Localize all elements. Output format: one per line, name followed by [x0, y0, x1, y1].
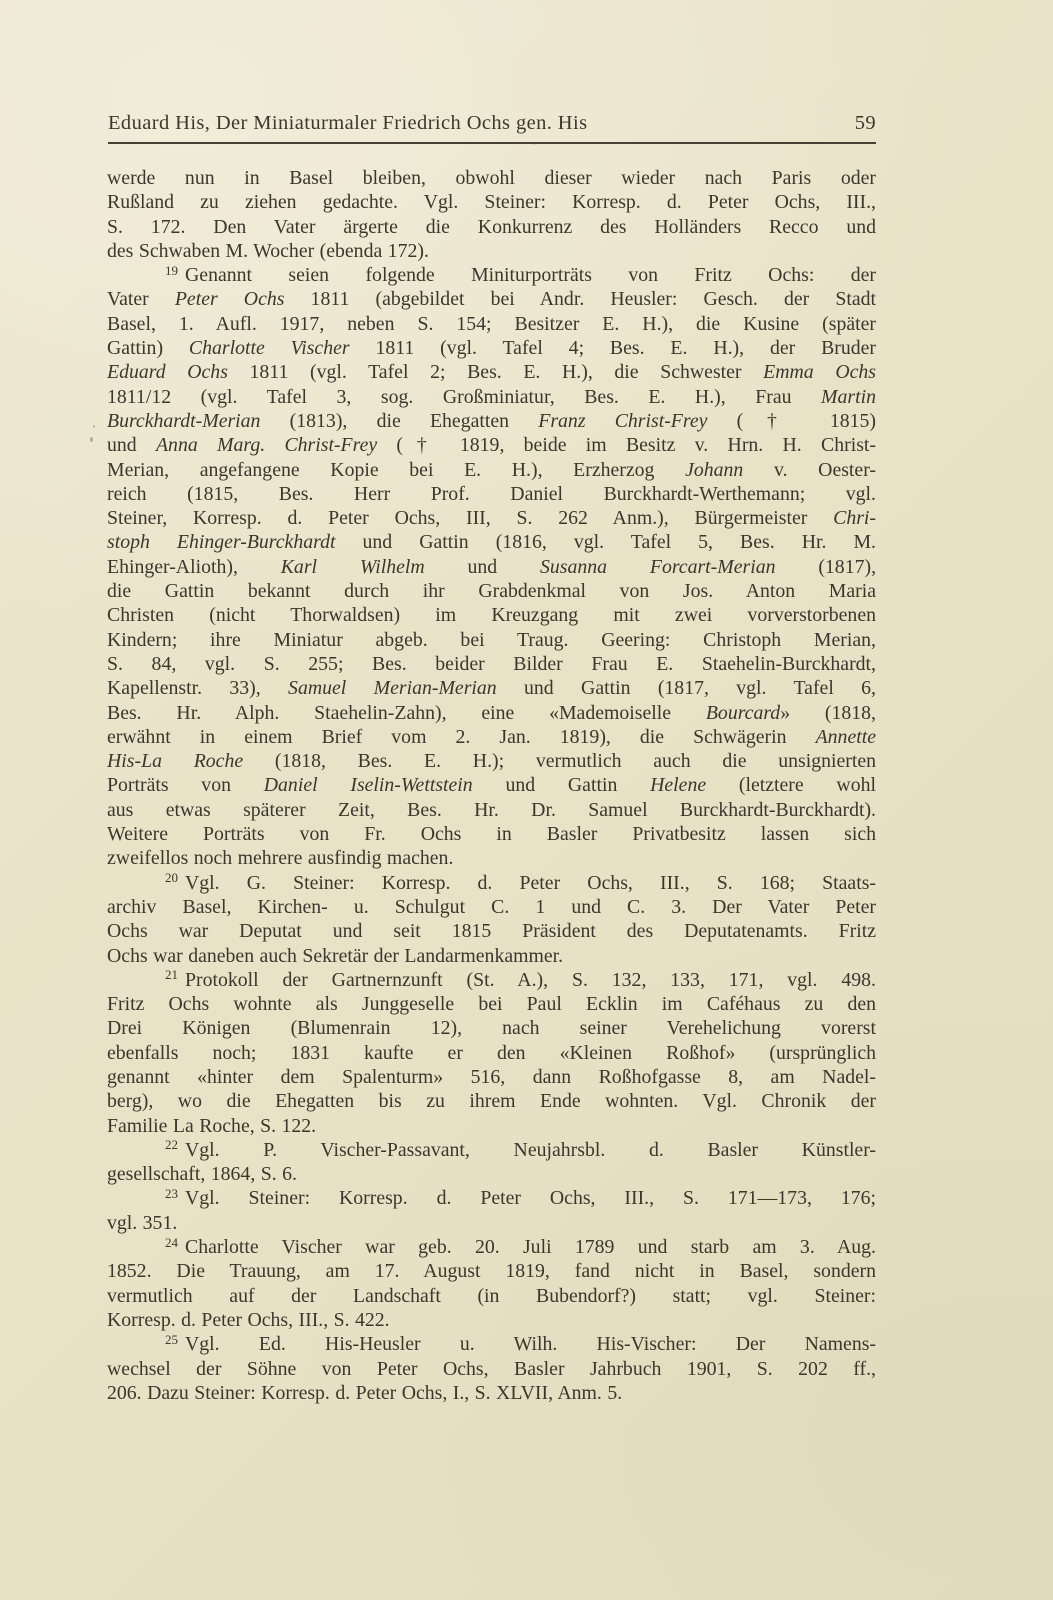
page-number: 59 — [855, 112, 876, 135]
text-line: Christen (nicht Thorwaldsen) im Kreuzgan… — [107, 603, 876, 627]
text-run: Chri- — [833, 507, 876, 529]
text-run: werde nun in Basel bleiben, obwohl diese… — [107, 167, 876, 189]
footnote-number: 23 — [165, 1186, 178, 1201]
text-line: erwähnt in einem Brief vom 2. Jan. 1819)… — [107, 725, 876, 749]
text-run: (1813), die Ehegatten — [260, 410, 538, 432]
text-run: und — [107, 434, 156, 456]
text-line: zweifellos noch mehrere ausfindig machen… — [107, 846, 876, 870]
footnote-number: 20 — [165, 871, 178, 886]
text-run: 1811/12 (vgl. Tafel 3, sog. Großminiatur… — [107, 386, 821, 408]
text-run: Johann — [685, 459, 743, 481]
text-line: 22Vgl. P. Vischer-Passavant, Neujahrsbl.… — [107, 1138, 876, 1162]
text-run: Genannt seien folgende Miniturporträts v… — [185, 264, 876, 286]
text-run: und — [425, 556, 540, 578]
text-run: vermutlich auf der Landschaft (in Bubend… — [107, 1285, 876, 1307]
text-run: Samuel Merian-Merian — [288, 677, 497, 699]
text-run: stoph Ehinger-Burckhardt — [107, 531, 335, 553]
text-run: Franz Christ-Frey — [538, 410, 707, 432]
scanned-book-page: { "header": { "title": "Eduard His, Der … — [0, 0, 1053, 1600]
text-line: ebenfalls noch; 1831 kaufte er den «Klei… — [107, 1041, 876, 1065]
text-run: Porträts von — [107, 774, 264, 796]
text-run: Burckhardt-Merian — [107, 410, 260, 432]
text-run: († 1819, beide im Besitz v. Hrn. H. Chri… — [377, 434, 876, 456]
text-run: Drei Königen (Blumenrain 12), nach seine… — [107, 1017, 876, 1039]
text-run: Helene — [650, 774, 706, 796]
text-line: Drei Königen (Blumenrain 12), nach seine… — [107, 1016, 876, 1040]
text-run: und Gattin (1817, vgl. Tafel 6, — [497, 677, 876, 699]
running-header: Eduard His, Der Miniaturmaler Friedrich … — [108, 112, 876, 135]
text-line: S. 84, vgl. S. 255; Bes. beider Bilder F… — [107, 652, 876, 676]
text-line: Korresp. d. Peter Ochs, III., S. 422. — [107, 1308, 876, 1332]
text-run: S. 84, vgl. S. 255; Bes. beider Bilder F… — [107, 653, 876, 675]
text-run: » (1818, — [780, 702, 876, 724]
text-run: Charlotte Vischer war geb. 20. Juli 1789… — [185, 1236, 876, 1258]
text-run: Susanna Forcart-Merian — [540, 556, 776, 578]
text-run: und Gattin (1816, vgl. Tafel 5, Bes. Hr.… — [335, 531, 876, 553]
text-run: His-La Roche — [107, 750, 243, 772]
text-line: des Schwaben M. Wocher (ebenda 172). — [107, 239, 876, 263]
footnote-number: 25 — [165, 1332, 178, 1347]
text-run: Ochs war daneben auch Sekretär der Landa… — [107, 945, 563, 967]
text-run: des Schwaben M. Wocher (ebenda 172). — [107, 240, 429, 262]
text-line: 25Vgl. Ed. His-Heusler u. Wilh. His-Visc… — [107, 1332, 876, 1356]
text-line: archiv Basel, Kirchen- u. Schulgut C. 1 … — [107, 895, 876, 919]
text-line: Ochs war daneben auch Sekretär der Landa… — [107, 944, 876, 968]
text-block: werde nun in Basel bleiben, obwohl diese… — [107, 166, 876, 1405]
footnote-number: 22 — [165, 1138, 178, 1153]
text-run: die Gattin bekannt durch ihr Grabdenkmal… — [107, 580, 876, 602]
text-run: S. 172. Den Vater ärgerte die Konkurrenz… — [107, 216, 876, 238]
text-line: 19Genannt seien folgende Miniturporträts… — [107, 263, 876, 287]
page-title: Eduard His, Der Miniaturmaler Friedrich … — [108, 112, 588, 135]
text-line: werde nun in Basel bleiben, obwohl diese… — [107, 166, 876, 190]
text-run: Charlotte Vischer — [189, 337, 350, 359]
text-run: Merian, angefangene Kopie bei E. H.), Er… — [107, 459, 685, 481]
text-run: Vater — [107, 288, 175, 310]
text-run: (1818, Bes. E. H.); vermutlich auch die … — [243, 750, 876, 772]
text-run: Kapellenstr. 33), — [107, 677, 288, 699]
text-run: Rußland zu ziehen gedachte. Vgl. Steiner… — [107, 191, 876, 213]
text-line: Ehinger-Alioth), Karl Wilhelm und Susann… — [107, 555, 876, 579]
text-line: Steiner, Korresp. d. Peter Ochs, III, S.… — [107, 506, 876, 530]
header-rule — [108, 142, 876, 144]
text-line: Burckhardt-Merian (1813), die Ehegatten … — [107, 409, 876, 433]
text-line: Vater Peter Ochs 1811 (abgebildet bei An… — [107, 287, 876, 311]
text-run: Emma Ochs — [763, 361, 876, 383]
footnote-number: 19 — [165, 263, 178, 278]
text-run: Korresp. d. Peter Ochs, III., S. 422. — [107, 1309, 390, 1331]
text-run: Karl Wilhelm — [281, 556, 425, 578]
text-line: Bes. Hr. Alph. Staehelin-Zahn), eine «Ma… — [107, 701, 876, 725]
text-line: Weitere Porträts von Fr. Ochs in Basler … — [107, 822, 876, 846]
footnote-number: 24 — [165, 1235, 178, 1250]
text-run: v. Oester- — [743, 459, 876, 481]
text-run: Ehinger-Alioth), — [107, 556, 281, 578]
text-line: S. 172. Den Vater ärgerte die Konkurrenz… — [107, 215, 876, 239]
text-line: vermutlich auf der Landschaft (in Bubend… — [107, 1284, 876, 1308]
footnote-number: 21 — [165, 968, 178, 983]
text-run: Kindern; ihre Miniatur abgeb. bei Traug.… — [107, 629, 876, 651]
text-run: Bes. Hr. Alph. Staehelin-Zahn), eine «Ma… — [107, 702, 706, 724]
text-line: 23Vgl. Steiner: Korresp. d. Peter Ochs, … — [107, 1186, 876, 1210]
text-run: zweifellos noch mehrere ausfindig machen… — [107, 847, 453, 869]
text-run: Peter Ochs — [175, 288, 285, 310]
text-line: Kindern; ihre Miniatur abgeb. bei Traug.… — [107, 628, 876, 652]
text-run: gesellschaft, 1864, S. 6. — [107, 1163, 297, 1185]
text-run: (1817), — [776, 556, 877, 578]
text-run: (letztere wohl — [706, 774, 876, 796]
text-run: Familie La Roche, S. 122. — [107, 1115, 316, 1137]
text-run: archiv Basel, Kirchen- u. Schulgut C. 1 … — [107, 896, 876, 918]
text-run: Martin — [821, 386, 876, 408]
text-line: die Gattin bekannt durch ihr Grabdenkmal… — [107, 579, 876, 603]
text-line: wechsel der Söhne von Peter Ochs, Basler… — [107, 1357, 876, 1381]
text-line: gesellschaft, 1864, S. 6. — [107, 1162, 876, 1186]
text-line: 1852. Die Trauung, am 17. August 1819, f… — [107, 1259, 876, 1283]
text-run: Vgl. P. Vischer-Passavant, Neujahrsbl. d… — [185, 1139, 876, 1161]
text-run: Weitere Porträts von Fr. Ochs in Basler … — [107, 823, 876, 845]
text-run: Fritz Ochs wohnte als Junggeselle bei Pa… — [107, 993, 876, 1015]
text-line: 24Charlotte Vischer war geb. 20. Juli 17… — [107, 1235, 876, 1259]
text-line: Eduard Ochs 1811 (vgl. Tafel 2; Bes. E. … — [107, 360, 876, 384]
text-line: stoph Ehinger-Burckhardt und Gattin (181… — [107, 530, 876, 554]
text-run: 1811 (vgl. Tafel 2; Bes. E. H.), die Sch… — [228, 361, 763, 383]
text-run: Bourcard — [706, 702, 780, 724]
text-line: Familie La Roche, S. 122. — [107, 1114, 876, 1138]
text-line: 1811/12 (vgl. Tafel 3, sog. Großminiatur… — [107, 385, 876, 409]
text-line: Gattin) Charlotte Vischer 1811 (vgl. Taf… — [107, 336, 876, 360]
text-line: 21Protokoll der Gartnernzunft (St. A.), … — [107, 968, 876, 992]
text-run: Protokoll der Gartnernzunft (St. A.), S.… — [185, 969, 876, 991]
text-run: genannt «hinter dem Spalenturm» 516, dan… — [107, 1066, 876, 1088]
text-run: Steiner, Korresp. d. Peter Ochs, III, S.… — [107, 507, 833, 529]
text-run: aus etwas späterer Zeit, Bes. Hr. Dr. Sa… — [107, 799, 876, 821]
text-line: reich (1815, Bes. Herr Prof. Daniel Burc… — [107, 482, 876, 506]
text-run: 1811 (vgl. Tafel 4; Bes. E. H.), der Bru… — [350, 337, 876, 359]
text-run: berg), wo die Ehegatten bis zu ihrem End… — [107, 1090, 876, 1112]
text-run: Ochs war Deputat und seit 1815 Präsident… — [107, 920, 876, 942]
text-line: Rußland zu ziehen gedachte. Vgl. Steiner… — [107, 190, 876, 214]
text-line: Kapellenstr. 33), Samuel Merian-Merian u… — [107, 676, 876, 700]
text-line: Porträts von Daniel Iselin-Wettstein und… — [107, 773, 876, 797]
text-run: 1811 (abgebildet bei Andr. Heusler: Gesc… — [284, 288, 876, 310]
text-line: Ochs war Deputat und seit 1815 Präsident… — [107, 919, 876, 943]
text-run: Vgl. Ed. His-Heusler u. Wilh. His-Vische… — [185, 1333, 876, 1355]
scan-speck — [93, 425, 95, 428]
text-line: 20Vgl. G. Steiner: Korresp. d. Peter Och… — [107, 871, 876, 895]
text-run: Anna Marg. Christ-Frey — [156, 434, 377, 456]
text-line: aus etwas späterer Zeit, Bes. Hr. Dr. Sa… — [107, 798, 876, 822]
text-line: Basel, 1. Aufl. 1917, neben S. 154; Besi… — [107, 312, 876, 336]
text-line: 206. Dazu Steiner: Korresp. d. Peter Och… — [107, 1381, 876, 1405]
text-line: berg), wo die Ehegatten bis zu ihrem End… — [107, 1089, 876, 1113]
text-run: erwähnt in einem Brief vom 2. Jan. 1819)… — [107, 726, 816, 748]
text-run: († 1815) — [707, 410, 876, 432]
text-run: wechsel der Söhne von Peter Ochs, Basler… — [107, 1358, 876, 1380]
text-run: vgl. 351. — [107, 1212, 177, 1234]
scan-speck — [90, 437, 93, 442]
text-run: Annette — [816, 726, 876, 748]
text-run: Vgl. Steiner: Korresp. d. Peter Ochs, II… — [185, 1187, 876, 1209]
text-run: reich (1815, Bes. Herr Prof. Daniel Burc… — [107, 483, 876, 505]
text-run: und Gattin — [473, 774, 650, 796]
text-run: ebenfalls noch; 1831 kaufte er den «Klei… — [107, 1042, 876, 1064]
text-line: vgl. 351. — [107, 1211, 876, 1235]
text-line: und Anna Marg. Christ-Frey († 1819, beid… — [107, 433, 876, 457]
text-run: Eduard Ochs — [107, 361, 228, 383]
text-run: 1852. Die Trauung, am 17. August 1819, f… — [107, 1260, 876, 1282]
text-line: His-La Roche (1818, Bes. E. H.); vermutl… — [107, 749, 876, 773]
text-run: Gattin) — [107, 337, 189, 359]
text-run: Basel, 1. Aufl. 1917, neben S. 154; Besi… — [107, 313, 876, 335]
text-run: Daniel Iselin-Wettstein — [264, 774, 473, 796]
text-line: Fritz Ochs wohnte als Junggeselle bei Pa… — [107, 992, 876, 1016]
text-line: genannt «hinter dem Spalenturm» 516, dan… — [107, 1065, 876, 1089]
text-run: Christen (nicht Thorwaldsen) im Kreuzgan… — [107, 604, 876, 626]
text-run: Vgl. G. Steiner: Korresp. d. Peter Ochs,… — [185, 872, 876, 894]
text-line: Merian, angefangene Kopie bei E. H.), Er… — [107, 458, 876, 482]
text-run: 206. Dazu Steiner: Korresp. d. Peter Och… — [107, 1382, 622, 1404]
